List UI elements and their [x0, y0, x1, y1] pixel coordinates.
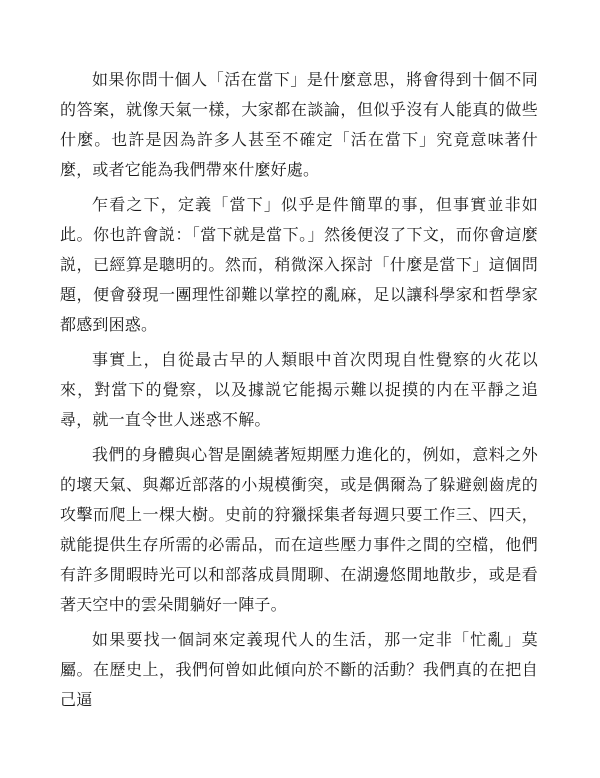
paragraph-1: 如果你問十個人「活在當下」是什麼意思，將會得到十個不同的答案，就像天氣一樣，大家… — [60, 66, 538, 186]
paragraph-5: 如果要找一個詞來定義現代人的生活，那一定非「忙亂」莫屬。在歷史上，我們何曾如此傾… — [60, 626, 538, 716]
paragraph-4: 我們的身體與心智是圍繞著短期壓力進化的，例如，意料之外的壞天氣、與鄰近部落的小規… — [60, 441, 538, 621]
paragraph-3: 事實上，自從最古早的人類眼中首次閃現自性覺察的火花以來，對當下的覺察，以及據説它… — [60, 346, 538, 436]
text-content: 如果你問十個人「活在當下」是什麼意思，將會得到十個不同的答案，就像天氣一樣，大家… — [60, 66, 538, 716]
paragraph-2: 乍看之下，定義「當下」似乎是件簡單的事，但事實並非如此。你也許會説：「當下就是當… — [60, 191, 538, 341]
document-page: 如果你問十個人「活在當下」是什麼意思，將會得到十個不同的答案，就像天氣一樣，大家… — [0, 0, 600, 778]
